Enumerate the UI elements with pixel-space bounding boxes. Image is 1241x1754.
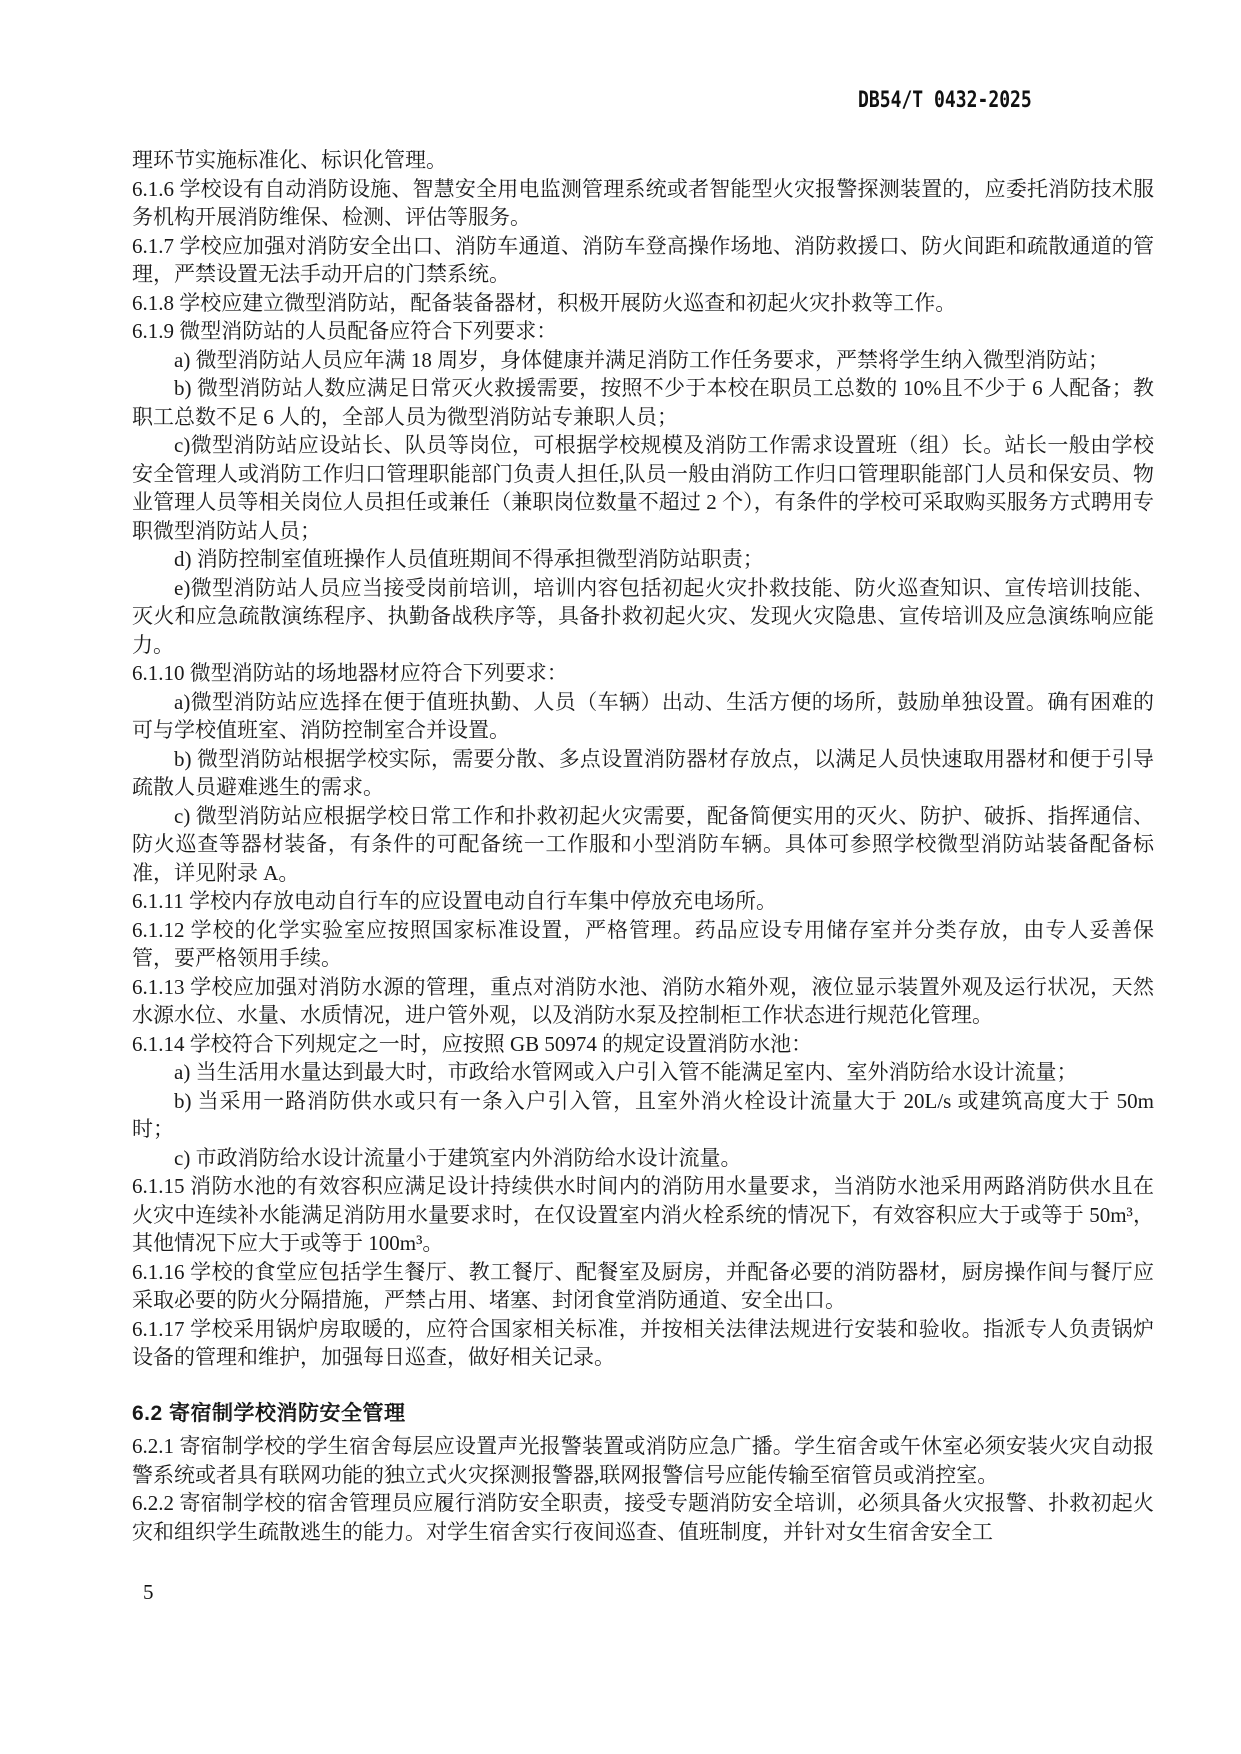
clause-6-2-1: 6.2.1 寄宿制学校的学生宿舍每层应设置声光报警装置或消防应急广播。学生宿舍或…	[132, 1432, 1154, 1489]
list-item-6-1-10-a: a)微型消防站应选择在便于值班执勤、人员（车辆）出动、生活方便的场所，鼓励单独设…	[132, 688, 1154, 745]
list-item-6-1-9-e: e)微型消防站人员应当接受岗前培训，培训内容包括初起火灾扑救技能、防火巡查知识、…	[132, 574, 1154, 660]
clause-6-1-16: 6.1.16 学校的食堂应包括学生餐厅、教工餐厅、配餐室及厨房，并配备必要的消防…	[132, 1258, 1154, 1315]
list-item-6-1-10-c: c) 微型消防站应根据学校日常工作和扑救初起火灾需要，配备简便实用的灭火、防护、…	[132, 802, 1154, 888]
clause-6-1-15: 6.1.15 消防水池的有效容积应满足设计持续供水时间内的消防用水量要求，当消防…	[132, 1172, 1154, 1258]
section-heading-6-2: 6.2 寄宿制学校消防安全管理	[132, 1400, 1154, 1429]
page-number: 5	[143, 1580, 154, 1605]
clause-6-1-9: 6.1.9 微型消防站的人员配备应符合下列要求：	[132, 317, 1154, 346]
clause-6-1-12: 6.1.12 学校的化学实验室应按照国家标准设置，严格管理。药品应设专用储存室并…	[132, 916, 1154, 973]
clause-6-1-8: 6.1.8 学校应建立微型消防站，配备装备器材，积极开展防火巡查和初起火灾扑救等…	[132, 289, 1154, 318]
list-item-6-1-10-b: b) 微型消防站根据学校实际，需要分散、多点设置消防器材存放点，以满足人员快速取…	[132, 745, 1154, 802]
clause-6-1-10: 6.1.10 微型消防站的场地器材应符合下列要求：	[132, 659, 1154, 688]
clause-6-1-14: 6.1.14 学校符合下列规定之一时，应按照 GB 50974 的规定设置消防水…	[132, 1030, 1154, 1059]
clause-6-1-13: 6.1.13 学校应加强对消防水源的管理，重点对消防水池、消防水箱外观，液位显示…	[132, 973, 1154, 1030]
list-item-6-1-9-c: c)微型消防站应设站长、队员等岗位，可根据学校规模及消防工作需求设置班（组）长。…	[132, 431, 1154, 545]
document-body: 理环节实施标准化、标识化管理。 6.1.6 学校设有自动消防设施、智慧安全用电监…	[132, 146, 1154, 1546]
list-item-6-1-9-b: b) 微型消防站人数应满足日常灭火救援需要，按照不少于本校在职员工总数的 10%…	[132, 374, 1154, 431]
list-item-6-1-9-d: d) 消防控制室值班操作人员值班期间不得承担微型消防站职责；	[132, 545, 1154, 574]
paragraph-continuation: 理环节实施标准化、标识化管理。	[132, 146, 1154, 175]
list-item-6-1-14-b: b) 当采用一路消防供水或只有一条入户引入管，且室外消火栓设计流量大于 20L/…	[132, 1087, 1154, 1144]
doc-code-header: DB54/T 0432-2025	[858, 88, 1032, 113]
document-page: DB54/T 0432-2025 理环节实施标准化、标识化管理。 6.1.6 学…	[0, 0, 1241, 1754]
list-item-6-1-14-a: a) 当生活用水量达到最大时，市政给水管网或入户引入管不能满足室内、室外消防给水…	[132, 1058, 1154, 1087]
list-item-6-1-9-a: a) 微型消防站人员应年满 18 周岁，身体健康并满足消防工作任务要求，严禁将学…	[132, 346, 1154, 375]
clause-6-1-11: 6.1.11 学校内存放电动自行车的应设置电动自行车集中停放充电场所。	[132, 887, 1154, 916]
clause-6-1-17: 6.1.17 学校采用锅炉房取暖的，应符合国家相关标准，并按相关法律法规进行安装…	[132, 1315, 1154, 1372]
clause-6-2-2: 6.2.2 寄宿制学校的宿舍管理员应履行消防安全职责，接受专题消防安全培训，必须…	[132, 1489, 1154, 1546]
clause-6-1-6: 6.1.6 学校设有自动消防设施、智慧安全用电监测管理系统或者智能型火灾报警探测…	[132, 175, 1154, 232]
list-item-6-1-14-c: c) 市政消防给水设计流量小于建筑室内外消防给水设计流量。	[132, 1144, 1154, 1173]
clause-6-1-7: 6.1.7 学校应加强对消防安全出口、消防车通道、消防车登高操作场地、消防救援口…	[132, 232, 1154, 289]
